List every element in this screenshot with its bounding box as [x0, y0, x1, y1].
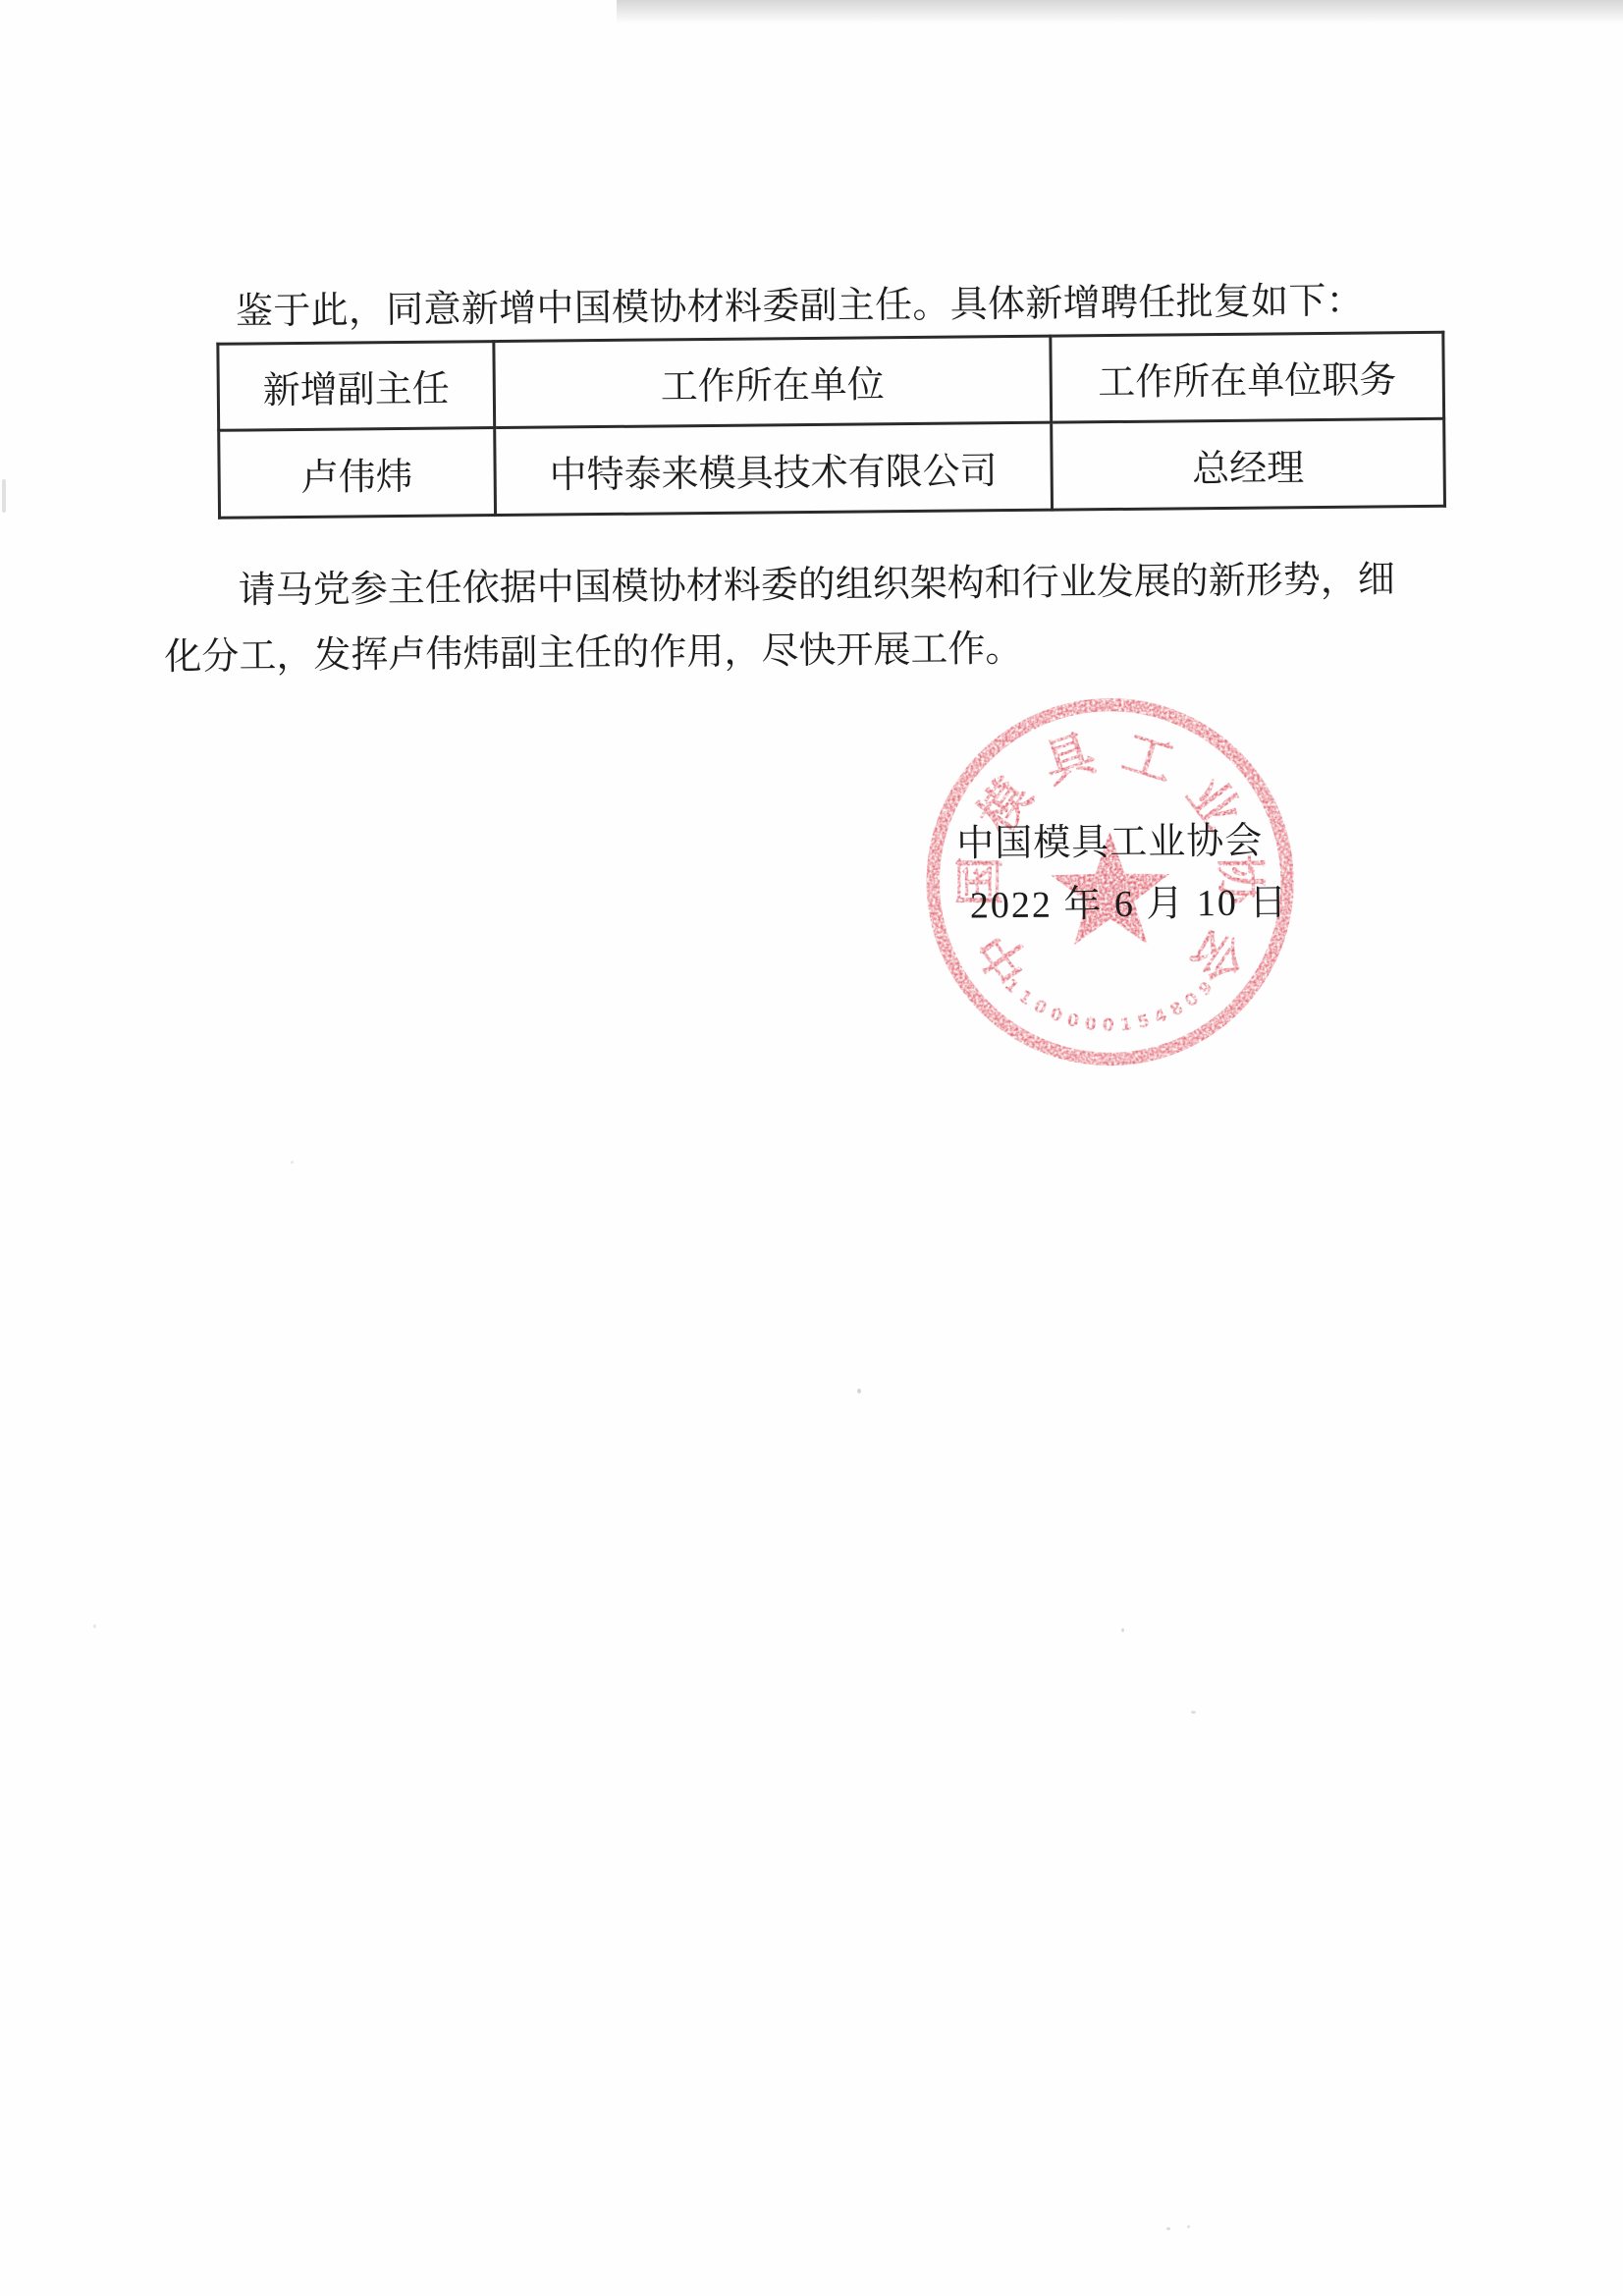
document-body: 鉴于此，同意新增中国模协材料委副主任。具体新增聘任批复如下： 新增副主任 工作所…	[158, 0, 1404, 690]
seal-ring-char: 工	[1116, 725, 1181, 793]
seal-serial-number: 1100000154809	[1001, 973, 1223, 1037]
table-row: 卢伟炜 中特泰来模具技术有限公司 总经理	[219, 418, 1445, 518]
table-cell-company: 中特泰来模具技术有限公司	[495, 422, 1053, 515]
scanned-content: 鉴于此，同意新增中国模协材料委副主任。具体新增聘任批复如下： 新增副主任 工作所…	[0, 0, 1623, 2296]
table-header-cell: 工作所在单位	[494, 336, 1052, 427]
table-header-cell: 工作所在单位职务	[1051, 332, 1444, 422]
scan-artifact	[857, 1389, 861, 1394]
table-header-cell: 新增副主任	[218, 342, 495, 431]
seal-ring-char: 具	[1037, 725, 1105, 794]
scan-artifact	[291, 1161, 294, 1164]
signature-date: 2022 年 6 月 10 日	[970, 875, 1289, 933]
body-paragraph: 请马党参主任依据中国模协材料委的组织架构和行业发展的新形势，细化分工，发挥卢伟炜…	[163, 547, 1403, 690]
appointment-table: 新增副主任 工作所在单位 工作所在单位职务 卢伟炜 中特泰来模具技术有限公司 总…	[216, 331, 1446, 519]
scan-artifact	[1121, 1628, 1124, 1632]
scan-artifact	[1191, 1711, 1196, 1714]
table-cell-title: 总经理	[1052, 418, 1445, 510]
scan-edge-shadow	[617, 0, 1623, 24]
intro-paragraph: 鉴于此，同意新增中国模协材料委副主任。具体新增聘任批复如下：	[158, 0, 1400, 341]
signature-organization: 中国模具工业协会	[956, 814, 1264, 872]
table-header-row: 新增副主任 工作所在单位 工作所在单位职务	[218, 332, 1444, 430]
scan-artifact	[2, 479, 6, 513]
scan-artifact	[93, 1624, 96, 1628]
table-cell-name: 卢伟炜	[219, 428, 496, 519]
scan-artifact	[1166, 2227, 1170, 2230]
document-page: 鉴于此，同意新增中国模协材料委副主任。具体新增聘任批复如下： 新增副主任 工作所…	[0, 0, 1623, 2296]
scan-artifact	[1187, 2225, 1190, 2228]
